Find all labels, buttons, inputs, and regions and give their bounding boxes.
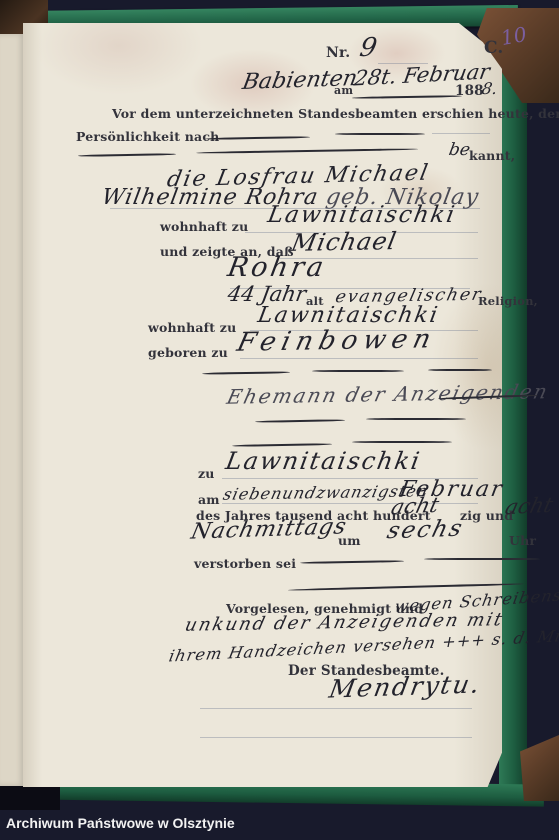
bekannt-print: kannt,: [469, 148, 515, 163]
death-daytime: Nachmittags: [189, 514, 350, 544]
ink-strike: [352, 441, 452, 443]
deceased-birthplace: Feinbowen: [234, 324, 440, 357]
ink-strike: [335, 133, 425, 135]
archival-photo: 10 C. Nr. 9 Babienten am 28t. Februar 18…: [0, 0, 559, 840]
form-letter: C.: [484, 38, 504, 58]
intro-line2: Persönlichkeit nach: [76, 129, 219, 144]
verstorben-label: verstorben sei: [194, 556, 296, 571]
ruled-line: [240, 358, 478, 359]
ruled-line: [222, 503, 478, 504]
geboren-label: geboren zu: [148, 345, 228, 360]
ruled-line: [432, 133, 490, 134]
ink-strike: [428, 369, 492, 371]
ink-strike: [78, 153, 176, 157]
year-written: 8.: [480, 79, 499, 98]
ink-strike: [202, 371, 290, 375]
ink-strike: [255, 419, 345, 423]
ink-strike: [352, 95, 462, 99]
ink-strike: [424, 558, 540, 560]
death-zu-label: zu: [198, 466, 215, 481]
document-content: 10 C. Nr. 9 Babienten am 28t. Februar 18…: [0, 0, 559, 840]
year-hand2: acht: [503, 493, 555, 519]
religion-label: Religion,: [478, 294, 538, 308]
event-day: 28t.: [352, 64, 398, 90]
wohnhaft-label-2: wohnhaft zu: [148, 320, 236, 335]
declarant-residence: Lawnitaischki: [266, 202, 459, 228]
death-am-label: am: [198, 492, 220, 507]
intro-line1: Vor dem unterzeichneten Standesbeamten e…: [112, 106, 559, 121]
ink-strike: [196, 148, 418, 154]
death-hour: sechs: [384, 516, 466, 545]
wohnhaft-label-1: wohnhaft zu: [160, 219, 248, 234]
deceased-last-name: Rohra: [225, 252, 328, 283]
registrar-signature: Mendrytu.: [327, 669, 484, 703]
death-place: Lawnitaischki: [224, 447, 424, 475]
ink-strike: [205, 136, 310, 140]
record-number-label: Nr.: [326, 45, 350, 61]
um-label: um: [338, 533, 361, 548]
archive-watermark: Archiwum Państwowe w Olsztynie: [6, 815, 235, 831]
relation-to-declarant: Ehemann der Anzeigenden: [225, 379, 552, 409]
ruled-line: [200, 708, 472, 709]
ink-strike: [300, 560, 404, 564]
ruled-line: [200, 737, 472, 738]
year-hand1: acht: [389, 493, 441, 519]
am-label: am: [334, 84, 353, 97]
record-number-value: 9: [357, 33, 379, 63]
uhr-label: Uhr: [509, 533, 536, 548]
ink-strike: [366, 418, 466, 420]
ink-strike: [312, 370, 404, 372]
